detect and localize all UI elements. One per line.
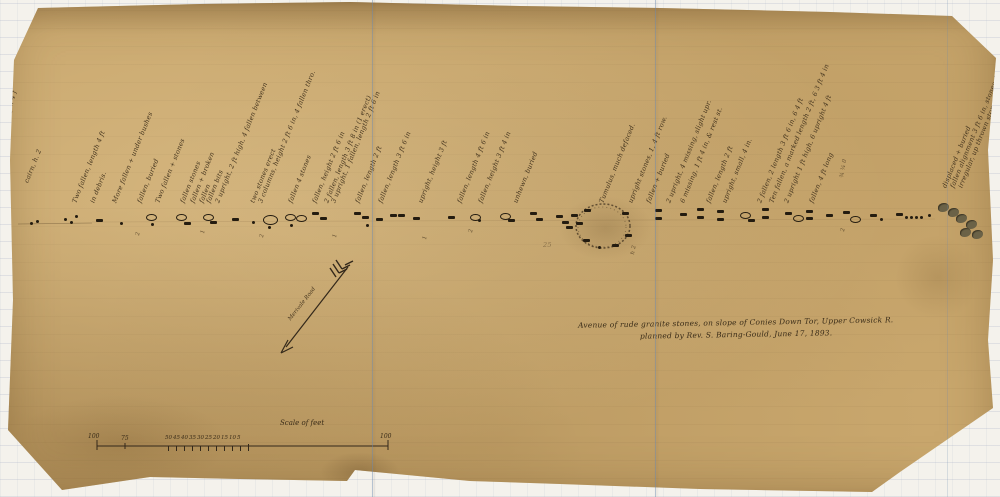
scale-tick-number: 30 [197, 435, 204, 441]
stone-mark [320, 217, 327, 220]
stone-mark [793, 215, 804, 222]
stone-mark [762, 216, 769, 219]
stone-mark [290, 224, 293, 227]
stone-mark [556, 215, 563, 218]
stone-mark [910, 216, 913, 219]
scale-number-75: 75 [121, 435, 129, 442]
scale-tick [216, 446, 217, 451]
field-note: 2 [468, 228, 475, 233]
field-note: 25 [543, 242, 552, 249]
stone-mark [584, 209, 591, 212]
stone-mark [697, 208, 704, 211]
stone-mark [508, 219, 515, 222]
stone-mark [530, 212, 537, 215]
scale-tick [232, 446, 233, 451]
stone-mark [576, 222, 583, 225]
stone-mark [806, 210, 813, 213]
scale-tick-number: 50 [165, 435, 172, 441]
stone-mark [146, 214, 157, 221]
stone-mark [762, 208, 769, 211]
stone-mark [612, 244, 619, 247]
scale-tick [192, 446, 193, 451]
stone-mark [96, 219, 103, 222]
plan-drawing [0, 0, 1000, 497]
stone-mark [296, 215, 307, 222]
stone-mark [263, 215, 278, 225]
stone-mark [203, 214, 214, 221]
stone-mark [622, 212, 629, 215]
stone-mark [655, 209, 662, 212]
field-note: 1 [332, 233, 339, 238]
scale-number-right: 100 [380, 433, 391, 440]
stone-mark [566, 226, 573, 229]
stone-mark [184, 222, 191, 225]
scale-tick-number: 45 [173, 435, 180, 441]
stone-mark [478, 219, 481, 222]
scale-tick [168, 446, 169, 451]
stone-mark [915, 216, 918, 219]
stone-mark [366, 224, 369, 227]
stone-mark [571, 214, 578, 217]
scale-bar [97, 440, 388, 450]
stone-mark [232, 218, 239, 221]
stone-mark [717, 210, 724, 213]
stone-mark [680, 213, 687, 216]
scale-number-left: 100 [88, 433, 99, 440]
stone-mark [826, 214, 833, 217]
stone-mark [806, 217, 813, 220]
stone-mark [268, 226, 271, 229]
stone-mark [920, 216, 923, 219]
field-note: 2 [259, 233, 266, 238]
stone-mark [748, 219, 755, 222]
stone-mark [583, 239, 590, 242]
fold-line [947, 0, 948, 497]
scale-tick-number: 35 [189, 435, 196, 441]
scale-tick [240, 446, 241, 451]
stone-mark [64, 218, 67, 221]
stone-mark [151, 223, 154, 226]
field-note: 2 [840, 227, 847, 232]
stone-mark [880, 218, 883, 221]
stone-mark [896, 213, 903, 216]
fold-line [655, 0, 656, 497]
field-note: 1 [422, 235, 429, 240]
stone-mark [850, 216, 861, 223]
scale-tick-number: 5 [237, 435, 241, 441]
stone-mark [655, 217, 662, 220]
stone-mark [75, 215, 78, 218]
stone-mark [354, 212, 361, 215]
field-note: 1 [200, 229, 207, 234]
stone-mark [928, 214, 931, 217]
scanned-plan: Fallen, length 4 fcairn, h. 2Two fallen,… [0, 0, 1000, 497]
scale-tick [224, 446, 225, 451]
scale-tick [200, 446, 201, 451]
field-note: 2 [135, 231, 142, 236]
stone-mark [398, 214, 405, 217]
stone-mark [905, 216, 908, 219]
stone-mark [252, 221, 255, 224]
plan-paper: Fallen, length 4 fcairn, h. 2Two fallen,… [0, 0, 1000, 497]
scale-tick [208, 446, 209, 451]
scale-tick [184, 446, 185, 451]
stone-mark [870, 214, 877, 217]
scale-tick [248, 444, 249, 451]
stone-mark [785, 212, 792, 215]
stone-mark [176, 214, 187, 221]
stone-mark [30, 222, 33, 225]
scale-tick-number: 10 [229, 435, 236, 441]
stone-mark [36, 220, 39, 223]
stone-mark [362, 216, 369, 219]
stone-mark [536, 218, 543, 221]
stone-mark [598, 246, 601, 249]
stone-mark [376, 218, 383, 221]
scale-tick-number: 20 [213, 435, 220, 441]
stone-mark [120, 222, 123, 225]
stone-mark [717, 218, 724, 221]
fold-line [372, 0, 373, 497]
stone-mark [70, 221, 73, 224]
scale-label: Scale of feet [280, 419, 324, 427]
scale-tick-number: 40 [181, 435, 188, 441]
stone-mark [843, 211, 850, 214]
scale-tick-number: 15 [221, 435, 228, 441]
stone-mark [697, 216, 704, 219]
stone-mark [210, 221, 217, 224]
stone-mark [625, 234, 632, 237]
scale-tick-number: 25 [205, 435, 212, 441]
stone-mark [740, 212, 751, 219]
stone-mark [312, 212, 319, 215]
stone-mark [413, 217, 420, 220]
stone-mark [390, 214, 397, 217]
stone-mark [285, 214, 296, 221]
stone-mark [562, 221, 569, 224]
direction-arrow [281, 260, 353, 353]
scale-tick [176, 446, 177, 451]
stone-mark [448, 216, 455, 219]
